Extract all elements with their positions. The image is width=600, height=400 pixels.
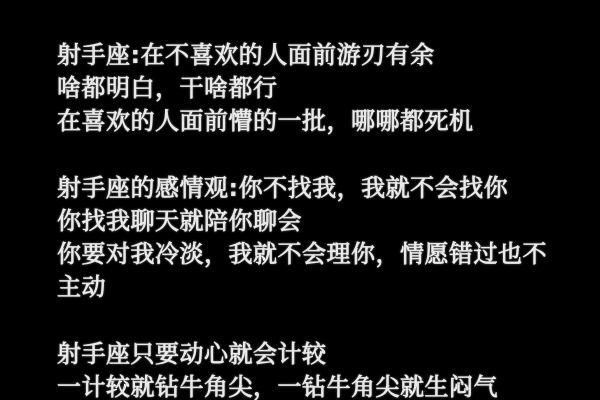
paragraph: 射手座的感情观:你不找我，我就不会找你你找我聊天就陪你聊会你要对我冷淡，我就不会… (57, 172, 580, 304)
text-line: 你找我聊天就陪你聊会 (57, 205, 580, 238)
text-line: 在喜欢的人面前懵的一批，哪哪都死机 (57, 105, 580, 138)
text-line: 射手座只要动心就会计较 (57, 338, 580, 371)
text-line: 啥都明白，干啥都行 (57, 72, 580, 105)
text-block: 射手座:在不喜欢的人面前游刃有余啥都明白，干啥都行在喜欢的人面前懵的一批，哪哪都… (57, 39, 580, 400)
text-line: 射手座的感情观:你不找我，我就不会找你 (57, 172, 580, 205)
paragraph: 射手座:在不喜欢的人面前游刃有余啥都明白，干啥都行在喜欢的人面前懵的一批，哪哪都… (57, 39, 580, 138)
text-line: 射手座:在不喜欢的人面前游刃有余 (57, 39, 580, 72)
text-line: 你要对我冷淡，我就不会理你，情愿错过也不 (57, 238, 580, 271)
text-line: 一计较就钻牛角尖，一钻牛角尖就生闷气 (57, 371, 580, 400)
text-image-card: 射手座:在不喜欢的人面前游刃有余啥都明白，干啥都行在喜欢的人面前懵的一批，哪哪都… (0, 0, 600, 400)
text-line: 主动 (57, 271, 580, 304)
paragraph: 射手座只要动心就会计较一计较就钻牛角尖，一钻牛角尖就生闷气 (57, 338, 580, 400)
